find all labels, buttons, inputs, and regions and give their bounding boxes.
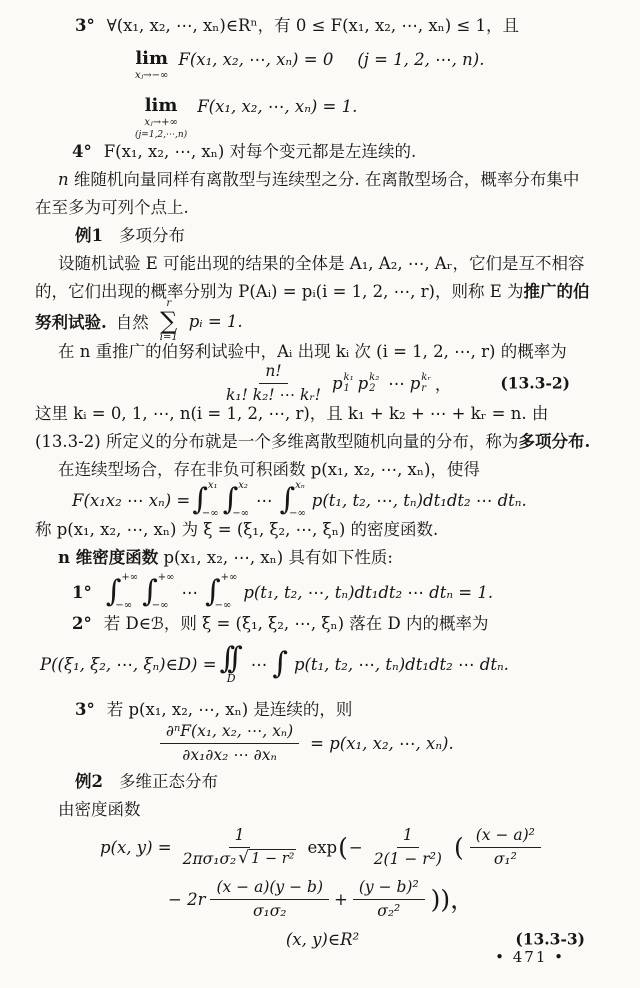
integrand: p(t₁, t₂, ⋯, tₙ)dt₁dt₂ ⋯ dtₙ. [312,491,527,510]
integral: ∫+∞−∞ [205,573,237,611]
ellipsis: ⋯ [181,583,198,602]
exp-operator: exp [307,838,337,857]
paragraph-text: 自然 [116,309,149,333]
term-base: p [332,374,343,393]
integral-upper: +∞ [158,573,175,583]
term-base: p [410,374,421,393]
integral-upper: xₙ [295,481,306,491]
term-subscript: 2 [369,383,379,395]
term-subscript: 1 [344,383,354,395]
partial-derivative-equation: ∂ⁿF(x₁, x₂, ⋯, xₙ)∂x₁∂x₂ ⋯ ∂xₙ = p(x₁, x… [155,718,454,768]
example-2-label: 例2 [75,772,103,791]
summation-operator: r∑i=1 [160,299,178,343]
minus-sign: − [349,838,363,857]
paragraph-line: 在至多为可列个点上. [35,194,189,221]
radical-symbol: √ [238,849,249,868]
fraction-numerator: (x − a)² [470,825,541,847]
lim-subscript: xⱼ→−∞ [135,71,168,81]
p-power-term: pk₁1 [332,372,354,395]
probability-domain-equation: P((ξ₁, ξ₂, ⋯, ξₙ)∈D) = ∫∫D ⋯ ∫ p(t₁, t₂,… [40,638,509,690]
integral-upper: +∞ [121,573,138,583]
sum-symbol: ∑ [160,309,177,333]
term-superscript: k₁ [344,372,354,384]
property-3b-text: 若 p(x₁, x₂, ⋯, xₙ) 是连续的，则 [107,700,353,719]
item-marker-1: 1° [72,583,92,602]
paragraph-line: (13.3-2) 所定义的分布就是一个多维离散型随机向量的分布，称为多项分布. [35,428,590,455]
square-root: √1 − r² [238,849,296,869]
p-power-term: pkᵣr [410,372,431,395]
integral: ∫+∞−∞ [106,573,138,611]
coefficient-fraction: 12πσ₁σ₂√1 − r² [177,825,303,868]
fraction-denominator: 2πσ₁σ₂√1 − r² [177,848,303,869]
property-2-line: 2°若 D∈ℬ，则 ξ = (ξ₁, ξ₂, ⋯, ξₙ) 落在 D 内的概率为 [72,610,488,637]
den-prefix: 2πσ₁σ₂ [183,849,237,869]
property-2-text: 若 D∈ℬ，则 ξ = (ξ₁, ξ₂, ⋯, ξₙ) 落在 D 内的概率为 [104,614,489,633]
ellipsis: ⋯ [388,374,405,393]
limit-body: F(x₁, x₂, ⋯, xₙ) = 1. [197,97,357,117]
fraction-numerator: n! [259,361,287,383]
paragraph-line: n 维密度函数 p(x₁, x₂, ⋯, xₙ) 具有如下性质: [58,544,393,571]
normal-density-equation-line2: − 2r (x − a)(y − b)σ₁σ₂ + (y − b)²σ₂² ))… [168,874,476,924]
property-4-text: F(x₁, x₂, ⋯, xₙ) 对每个变元都是左连续的. [104,142,417,161]
x-term-fraction: (x − a)²σ₁² [470,825,541,868]
open-paren: ( [338,835,348,860]
item-marker-2: 2° [72,614,92,633]
paragraph-text: p(x₁, x₂, ⋯, xₙ) 具有如下性质: [158,548,393,567]
lim-symbol: lim [145,97,178,115]
example-2-heading: 例2多维正态分布 [75,768,218,795]
exponent-fraction: 12(1 − r²) [368,825,448,868]
integral-upper: x₁ [208,481,219,491]
integral: ∫+∞−∞ [142,573,174,611]
bold-term-bernoulli-trial: 努利试验. [35,309,107,333]
fraction-numerator: (x − a)(y − b) [210,877,329,899]
fraction-numerator: 1 [229,825,251,847]
lim-subscript: xⱼ→+∞ [144,118,177,128]
fraction-numerator: ∂ⁿF(x₁, x₂, ⋯, xₙ) [160,721,299,743]
limit-operator: limxⱼ→+∞(j=1,2,⋯,n) [135,97,187,140]
property-1-equation: 1° ∫+∞−∞ ∫+∞−∞ ⋯ ∫+∞−∞ p(t₁, t₂, ⋯, tₙ)d… [72,570,493,614]
term-base: p [358,374,369,393]
equation-lead: P((ξ₁, ξ₂, ⋯, ξₙ)∈D) = [40,655,217,674]
limit-operator: limxⱼ→−∞ [135,50,168,81]
multinomial-fraction: n!k₁! k₂! ⋯ kᵣ! [220,361,327,404]
example-1-heading: 例1多项分布 [75,222,185,249]
paragraph-text: 维随机向量同样有离散型与连续型之分. 在离散型场合，概率分布集中 [69,170,580,189]
domain-text: (x, y)∈R² [286,930,359,949]
normal-density-equation-line1: p(x, y) = 12πσ₁σ₂√1 − r² exp ( − 12(1 − … [100,822,546,872]
fraction-denominator: σ₁σ₂ [247,900,293,921]
fraction-denominator: σ₁² [488,848,523,869]
cross-term-fraction: (x − a)(y − b)σ₁σ₂ [210,877,329,920]
textbook-page: 3°∀(x₁, x₂, ⋯, xₙ)∈Rⁿ，有 0 ≤ F(x₁, x₂, ⋯,… [0,0,640,988]
example-1-label: 例1 [75,226,103,245]
limit-equation-zero: limxⱼ→−∞ F(x₁, x₂, ⋯, xₙ) = 0 (j = 1, 2,… [135,50,484,81]
item-marker-4: 4° [72,142,92,161]
close-parens: ))， [431,887,476,912]
open-paren: ( [454,835,464,860]
paragraph-line: 由密度函数 [58,796,141,823]
equation-lead: p(x, y) = [100,838,172,857]
radicand: 1 − r² [249,849,296,869]
integrand: p(t₁, t₂, ⋯, tₙ)dt₁dt₂ ⋯ dtₙ. [294,655,509,674]
fraction-denominator: 2(1 − r²) [368,848,448,869]
integral-domain: D [227,672,236,685]
integral-symbol: ∫ [227,644,243,674]
sum-equation-tail: pᵢ = 1. [189,312,243,331]
double-integral: ∫∫D [220,644,243,685]
derivative-fraction: ∂ⁿF(x₁, x₂, ⋯, xₙ)∂x₁∂x₂ ⋯ ∂xₙ [160,721,299,764]
integral-symbol: ∫ [272,649,288,679]
fraction-denominator: ∂x₁∂x₂ ⋯ ∂xₙ [176,744,282,765]
property-4-line: 4°F(x₁, x₂, ⋯, xₙ) 对每个变元都是左连续的. [72,138,416,165]
limit-body: F(x₁, x₂, ⋯, xₙ) = 0 [178,50,333,70]
integral: ∫x₂−∞ [223,481,249,519]
integral: ∫x₁−∞ [192,481,218,519]
variable-n: n [58,170,69,189]
item-marker-3: 3° [75,700,95,719]
plus-sign: + [334,890,348,909]
paragraph-line: 这里 kᵢ = 0, 1, ⋯, n(i = 1, 2, ⋯, r)，且 k₁ … [35,400,548,427]
fraction-numerator: (y − b)² [353,877,425,899]
term-subscript: r [421,383,431,395]
fraction-numerator: 1 [397,825,419,847]
integrand: p(t₁, t₂, ⋯, tₙ)dt₁dt₂ ⋯ dtₙ = 1. [243,583,493,602]
item-marker-3: 3° [75,16,95,35]
limit-equation-one: limxⱼ→+∞(j=1,2,⋯,n) F(x₁, x₂, ⋯, xₙ) = 1… [135,97,357,140]
paragraph-text: (13.3-2) 所定义的分布就是一个多维离散型随机向量的分布，称为 [35,432,518,451]
page-number: • 471 • [495,948,565,966]
comma: ， [435,371,452,395]
equation-number: (13.3-2) [500,374,570,393]
bold-term-density-function: n 维密度函数 [58,548,158,567]
bold-term-multinomial: 多项分布. [518,432,590,451]
property-3-text: ∀(x₁, x₂, ⋯, xₙ)∈Rⁿ，有 0 ≤ F(x₁, x₂, ⋯, x… [107,16,519,35]
term-superscript: kᵣ [421,372,431,384]
term-superscript: k₂ [369,372,379,384]
paragraph-line: 设随机试验 E 可能出现的结果的全体是 A₁, A₂, ⋯, Aᵣ，它们是互不相… [58,250,584,277]
integral-upper: +∞ [221,573,238,583]
paragraph-line: n 维随机向量同样有离散型与连续型之分. 在离散型场合，概率分布集中 [58,166,579,193]
equation-number: (13.3-3) [515,930,585,949]
integral: ∫xₙ−∞ [279,481,305,519]
ellipsis: ⋯ [256,491,273,510]
fraction-denominator: σ₂² [371,900,406,921]
equation-tail: = p(x₁, x₂, ⋯, xₙ). [310,734,454,753]
ellipsis: ⋯ [251,655,268,674]
y-term-fraction: (y − b)²σ₂² [353,877,425,920]
property-3-line: 3°∀(x₁, x₂, ⋯, xₙ)∈Rⁿ，有 0 ≤ F(x₁, x₂, ⋯,… [75,12,519,39]
lim-symbol: lim [135,50,168,68]
integral-upper: x₂ [238,481,249,491]
limit-condition: (j = 1, 2, ⋯, n). [357,50,484,70]
bold-term-generalized-bernoulli: 推广的伯 [524,282,590,301]
minus-2r-term: − 2r [168,890,205,909]
p-power-term: pk₂2 [358,372,380,395]
example-1-title: 多项分布 [119,226,185,245]
example-2-title: 多维正态分布 [119,772,218,791]
equation-lead: F(x₁x₂ ⋯ xₙ) = [72,491,190,510]
paragraph-line: 称 p(x₁, x₂, ⋯, xₙ) 为 ξ = (ξ₁, ξ₂, ⋯, ξₙ)… [35,516,438,543]
